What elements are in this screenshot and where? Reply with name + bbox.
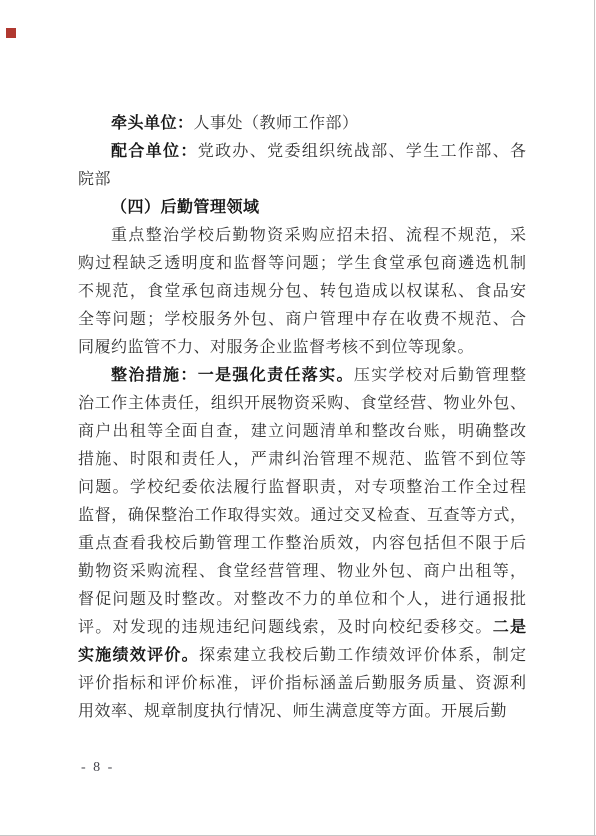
text-line: 整治措施：一是强化责任落实。压实学校对后勤管理整 bbox=[78, 362, 526, 390]
text-segment: 实施绩效评价。 bbox=[78, 647, 199, 664]
text-segment: 党政办、党委组织统战部、学生工作部、各 bbox=[198, 143, 526, 160]
text-line: 措施、时限和责任人，严肃纠治管理不规范、监管不到位等 bbox=[78, 446, 526, 474]
text-line: 问题。学校纪委依法履行监督职责，对专项整治工作全过程 bbox=[78, 474, 526, 502]
text-segment: （四）后勤管理领域 bbox=[111, 199, 260, 216]
text-segment: 评。对发现的违规违纪问题线索，及时向校纪委移交。 bbox=[78, 619, 493, 636]
text-line: 购过程缺乏透明度和监督等问题；学生食堂承包商遴选机制 bbox=[78, 250, 526, 278]
text-segment: 勤物资采购流程、食堂经营管理、物业外包、商户出租等， bbox=[78, 563, 526, 580]
document-page: 牵头单位：人事处（教师工作部）配合单位：党政办、党委组织统战部、学生工作部、各院… bbox=[0, 0, 596, 836]
text-line: 监督，确保整治工作取得实效。通过交叉检查、互查等方式， bbox=[78, 502, 526, 530]
text-line: 用效率、规章制度执行情况、师生满意度等方面。开展后勤 bbox=[78, 698, 526, 726]
text-segment: 配合单位： bbox=[111, 143, 198, 160]
text-segment: 重点查看我校后勤管理工作整治质效，内容包括但不限于后 bbox=[78, 535, 526, 552]
text-segment: 措施、时限和责任人，严肃纠治管理不规范、监管不到位等 bbox=[78, 451, 526, 468]
text-line: 勤物资采购流程、食堂经营管理、物业外包、商户出租等， bbox=[78, 558, 526, 586]
text-line: 全等问题；学校服务外包、商户管理中存在收费不规范、合 bbox=[78, 306, 526, 334]
text-line: 院部 bbox=[78, 166, 526, 194]
text-segment: 监督，确保整治工作取得实效。通过交叉检查、互查等方式， bbox=[78, 507, 526, 524]
text-segment: 同履约监管不力、对服务企业监督考核不到位等现象。 bbox=[78, 339, 474, 356]
text-line: 实施绩效评价。探索建立我校后勤工作绩效评价体系，制定 bbox=[78, 642, 526, 670]
text-segment: 二是 bbox=[493, 619, 526, 636]
text-segment: 全等问题；学校服务外包、商户管理中存在收费不规范、合 bbox=[78, 311, 526, 328]
text-segment: 治工作主体责任，组织开展物资采购、食堂经营、物业外包、 bbox=[78, 395, 526, 412]
text-line: 治工作主体责任，组织开展物资采购、食堂经营、物业外包、 bbox=[78, 390, 526, 418]
text-segment: 商户出租等全面自查，建立问题清单和整改台账，明确整改 bbox=[78, 423, 526, 440]
text-segment: 探索建立我校后勤工作绩效评价体系，制定 bbox=[199, 647, 526, 664]
text-segment: 院部 bbox=[78, 171, 111, 188]
text-line: 督促问题及时整改。对整改不力的单位和个人，进行通报批 bbox=[78, 586, 526, 614]
text-line: 牵头单位：人事处（教师工作部） bbox=[78, 110, 526, 138]
text-segment: 不规范，食堂承包商违规分包、转包造成以权谋私、食品安 bbox=[78, 283, 526, 300]
text-segment: 整治措施：一是强化责任落实。 bbox=[111, 367, 354, 384]
text-line: 评。对发现的违规违纪问题线索，及时向校纪委移交。二是 bbox=[78, 614, 526, 642]
text-line: 同履约监管不力、对服务企业监督考核不到位等现象。 bbox=[78, 334, 526, 362]
text-line: （四）后勤管理领域 bbox=[78, 194, 526, 222]
text-line: 评价指标和评价标准，评价指标涵盖后勤服务质量、资源利 bbox=[78, 670, 526, 698]
document-body: 牵头单位：人事处（教师工作部）配合单位：党政办、党委组织统战部、学生工作部、各院… bbox=[78, 110, 526, 726]
red-corner-mark bbox=[6, 28, 16, 38]
text-line: 不规范，食堂承包商违规分包、转包造成以权谋私、食品安 bbox=[78, 278, 526, 306]
scan-edge-right bbox=[594, 0, 595, 836]
text-segment: 重点整治学校后勤物资采购应招未招、流程不规范，采 bbox=[111, 227, 526, 244]
text-line: 商户出租等全面自查，建立问题清单和整改台账，明确整改 bbox=[78, 418, 526, 446]
text-segment: 购过程缺乏透明度和监督等问题；学生食堂承包商遴选机制 bbox=[78, 255, 526, 272]
text-segment: 评价指标和评价标准，评价指标涵盖后勤服务质量、资源利 bbox=[78, 675, 526, 692]
text-segment: 牵头单位： bbox=[111, 115, 194, 132]
text-segment: 压实学校对后勤管理整 bbox=[354, 367, 526, 384]
text-line: 配合单位：党政办、党委组织统战部、学生工作部、各 bbox=[78, 138, 526, 166]
text-segment: 督促问题及时整改。对整改不力的单位和个人，进行通报批 bbox=[78, 591, 526, 608]
text-line: 重点查看我校后勤管理工作整治质效，内容包括但不限于后 bbox=[78, 530, 526, 558]
text-segment: 问题。学校纪委依法履行监督职责，对专项整治工作全过程 bbox=[78, 479, 526, 496]
page-number: - 8 - bbox=[81, 759, 114, 777]
text-segment: 人事处（教师工作部） bbox=[194, 115, 359, 132]
text-line: 重点整治学校后勤物资采购应招未招、流程不规范，采 bbox=[78, 222, 526, 250]
text-segment: 用效率、规章制度执行情况、师生满意度等方面。开展后勤 bbox=[78, 703, 507, 720]
